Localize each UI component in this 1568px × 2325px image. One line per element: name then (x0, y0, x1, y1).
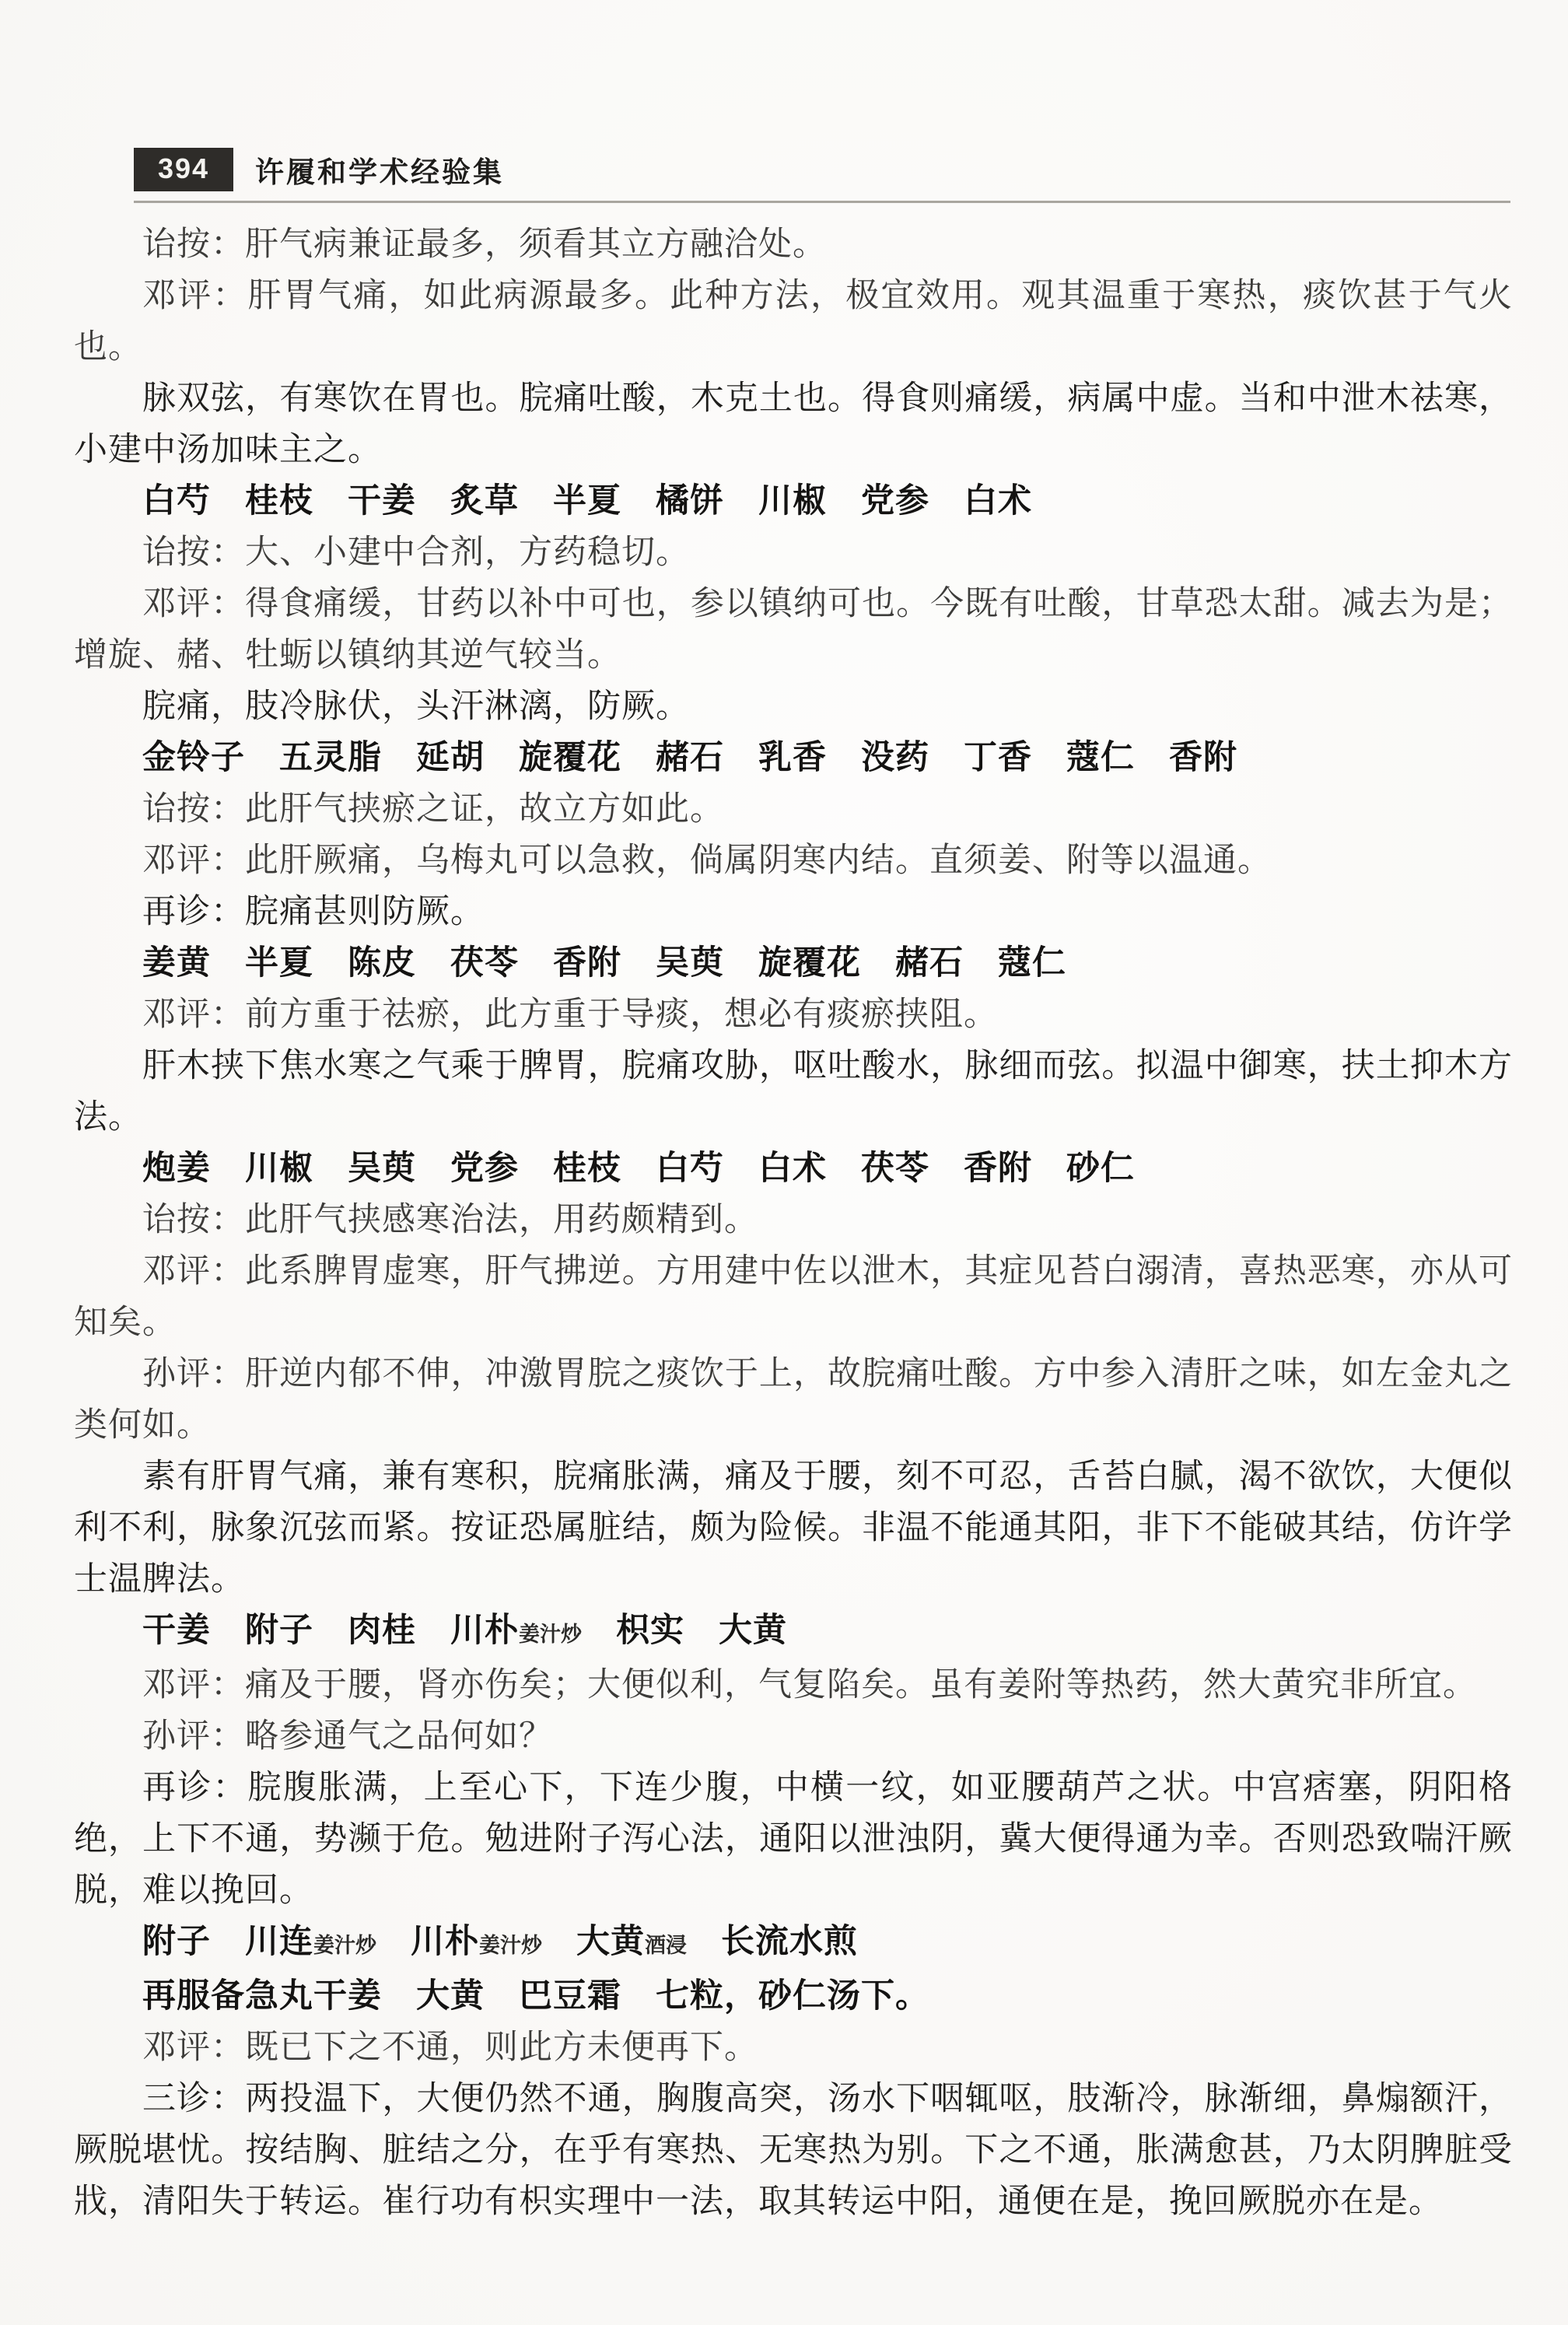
herb-item: 旋覆花 (519, 740, 621, 776)
herb-item: 茯苓 (861, 1150, 929, 1187)
narrative-paragraph: 脉双弦，有寒饮在胃也。脘痛吐酸，木克土也。得食则痛缓，病属中虚。当和中泄木祛寒，… (74, 373, 1513, 476)
comment-paragraph: 邓评：此肝厥痛，乌梅丸可以急救，倘属阴寒内结。直须姜、附等以温通。 (74, 835, 1513, 887)
narrative-paragraph: 再诊：脘腹胀满，上至心下，下连少腹，中横一纹，如亚腰葫芦之状。中宫痞塞，阴阳格绝… (74, 1763, 1513, 1917)
narrative-paragraph: 素有肝胃气痛，兼有寒积，脘痛胀满，痛及于腰，刻不可忍，舌苔白腻，渴不欲饮，大便似… (74, 1451, 1513, 1605)
comment-paragraph: 诒按：此肝气挟瘀之证，故立方如此。 (74, 784, 1513, 835)
herb-item: 茯苓 (450, 945, 519, 982)
page-header: 394 许履和学术经验集 (134, 148, 504, 191)
narrative-paragraph: 脘痛，肢冷脉伏，头汗淋漓，防厥。 (74, 681, 1513, 733)
herb-item: 姜黄 (142, 945, 211, 982)
herb-item: 大黄酒浸 (576, 1924, 687, 1960)
herb-item: 川连姜汁炒 (245, 1924, 376, 1960)
narrative-paragraph: 三诊：两投温下，大便仍然不通，胸腹高突，汤水下咽辄呕，肢渐冷，脉渐细，鼻煽额汗，… (74, 2074, 1513, 2228)
herb-preparation-note: 姜汁炒 (479, 1934, 542, 1957)
herb-item: 香附 (1169, 740, 1237, 776)
herb-item: 再服备急丸干姜 (142, 1978, 382, 2015)
herb-prescription-line: 白芍桂枝干姜炙草半夏橘饼川椒党参白术 (74, 476, 1513, 527)
herb-item: 七粒，砂仁汤下。 (656, 1978, 929, 2015)
herb-item: 白术 (758, 1150, 827, 1187)
herb-item: 桂枝 (245, 483, 313, 520)
comment-paragraph: 邓评：痛及于腰，肾亦伤矣；大便似利，气复陷矣。虽有姜附等热药，然大黄究非所宜。 (74, 1660, 1513, 1711)
herb-item: 旋覆花 (758, 945, 861, 982)
comment-paragraph: 邓评：此系脾胃虚寒，肝气拂逆。方用建中佐以泄木，其症见苔白溺清，喜热恶寒，亦从可… (74, 1246, 1513, 1349)
comment-paragraph: 邓评：前方重于祛瘀，此方重于导痰，想必有痰瘀挟阻。 (74, 989, 1513, 1041)
comment-paragraph: 诒按：肝气病兼证最多，须看其立方融洽处。 (74, 219, 1513, 271)
page-body: 诒按：肝气病兼证最多，须看其立方融洽处。邓评：肝胃气痛，如此病源最多。此种方法，… (74, 219, 1513, 2228)
herb-item: 炮姜 (142, 1150, 211, 1187)
herb-item: 乳香 (758, 740, 827, 776)
herb-item: 砂仁 (1066, 1150, 1135, 1187)
herb-item: 橘饼 (656, 483, 724, 520)
herb-preparation-note: 酒浸 (645, 1934, 687, 1957)
herb-item: 大黄 (416, 1978, 485, 2015)
herb-item: 肉桂 (348, 1612, 416, 1649)
herb-item: 金铃子 (142, 740, 245, 776)
comment-paragraph: 孙评：略参通气之品何如？ (74, 1711, 1513, 1763)
book-title: 许履和学术经验集 (255, 149, 504, 191)
herb-item: 白术 (964, 483, 1032, 520)
narrative-paragraph: 再诊：脘痛甚则防厥。 (74, 887, 1513, 938)
herb-item: 香附 (964, 1150, 1032, 1187)
narrative-paragraph: 肝木挟下焦水寒之气乘于脾胃，脘痛攻胁，呕吐酸水，脉细而弦。拟温中御寒，扶土抑木方… (74, 1041, 1513, 1143)
book-page: 394 许履和学术经验集 诒按：肝气病兼证最多，须看其立方融洽处。邓评：肝胃气痛… (0, 0, 1568, 2325)
herb-item: 川朴姜汁炒 (450, 1612, 582, 1649)
herb-item: 党参 (861, 483, 929, 520)
comment-paragraph: 诒按：大、小建中合剂，方药稳切。 (74, 527, 1513, 579)
comment-paragraph: 孙评：肝逆内郁不伸，冲激胃脘之痰饮于上，故脘痛吐酸。方中参入清肝之味，如左金丸之… (74, 1349, 1513, 1451)
herb-item: 干姜 (142, 1612, 211, 1649)
herb-item: 赭石 (656, 740, 724, 776)
herb-item: 附子 (245, 1612, 313, 1649)
herb-item: 蔻仁 (1066, 740, 1135, 776)
herb-item: 炙草 (450, 483, 519, 520)
herb-prescription-line: 金铃子五灵脂延胡旋覆花赭石乳香没药丁香蔻仁香附 (74, 733, 1513, 784)
header-divider (134, 201, 1510, 203)
herb-item: 半夏 (553, 483, 621, 520)
herb-prescription-line: 附子川连姜汁炒川朴姜汁炒大黄酒浸长流水煎 (74, 1917, 1513, 1971)
herb-item: 丁香 (964, 740, 1032, 776)
herb-item: 巴豆霜 (519, 1978, 621, 2015)
herb-item: 白芍 (656, 1150, 724, 1187)
herb-item: 大黄 (719, 1612, 787, 1649)
herb-item: 川椒 (758, 483, 827, 520)
herb-item: 吴萸 (348, 1150, 416, 1187)
herb-item: 川朴姜汁炒 (411, 1924, 542, 1960)
herb-item: 赭石 (895, 945, 964, 982)
herb-item: 吴萸 (656, 945, 724, 982)
herb-item: 附子 (142, 1924, 211, 1960)
herb-prescription-line: 干姜附子肉桂川朴姜汁炒枳实大黄 (74, 1605, 1513, 1660)
herb-preparation-note: 姜汁炒 (313, 1934, 376, 1957)
comment-paragraph: 邓评：得食痛缓，甘药以补中可也，参以镇纳可也。今既有吐酸，甘草恐太甜。减去为是；… (74, 579, 1513, 681)
herb-item: 延胡 (416, 740, 485, 776)
page-number-badge: 394 (134, 148, 233, 191)
herb-item: 白芍 (142, 483, 211, 520)
herb-item: 五灵脂 (279, 740, 382, 776)
herb-item: 香附 (553, 945, 621, 982)
herb-item: 半夏 (245, 945, 313, 982)
herb-item: 陈皮 (348, 945, 416, 982)
herb-item: 蔻仁 (998, 945, 1066, 982)
comment-paragraph: 邓评：既已下之不通，则此方未便再下。 (74, 2022, 1513, 2074)
herb-item: 桂枝 (553, 1150, 621, 1187)
herb-prescription-line: 再服备急丸干姜大黄巴豆霜七粒，砂仁汤下。 (74, 1971, 1513, 2022)
herb-prescription-line: 炮姜川椒吴萸党参桂枝白芍白术茯苓香附砂仁 (74, 1143, 1513, 1195)
herb-prescription-line: 姜黄半夏陈皮茯苓香附吴萸旋覆花赭石蔻仁 (74, 938, 1513, 989)
herb-item: 川椒 (245, 1150, 313, 1187)
herb-item: 长流水煎 (721, 1924, 858, 1960)
comment-paragraph: 诒按：此肝气挟感寒治法，用药颇精到。 (74, 1195, 1513, 1246)
comment-paragraph: 邓评：肝胃气痛，如此病源最多。此种方法，极宜效用。观其温重于寒热，痰饮甚于气火也… (74, 271, 1513, 373)
herb-item: 没药 (861, 740, 929, 776)
herb-item: 枳实 (616, 1612, 684, 1649)
herb-item: 党参 (450, 1150, 519, 1187)
herb-item: 干姜 (348, 483, 416, 520)
herb-preparation-note: 姜汁炒 (519, 1623, 582, 1646)
